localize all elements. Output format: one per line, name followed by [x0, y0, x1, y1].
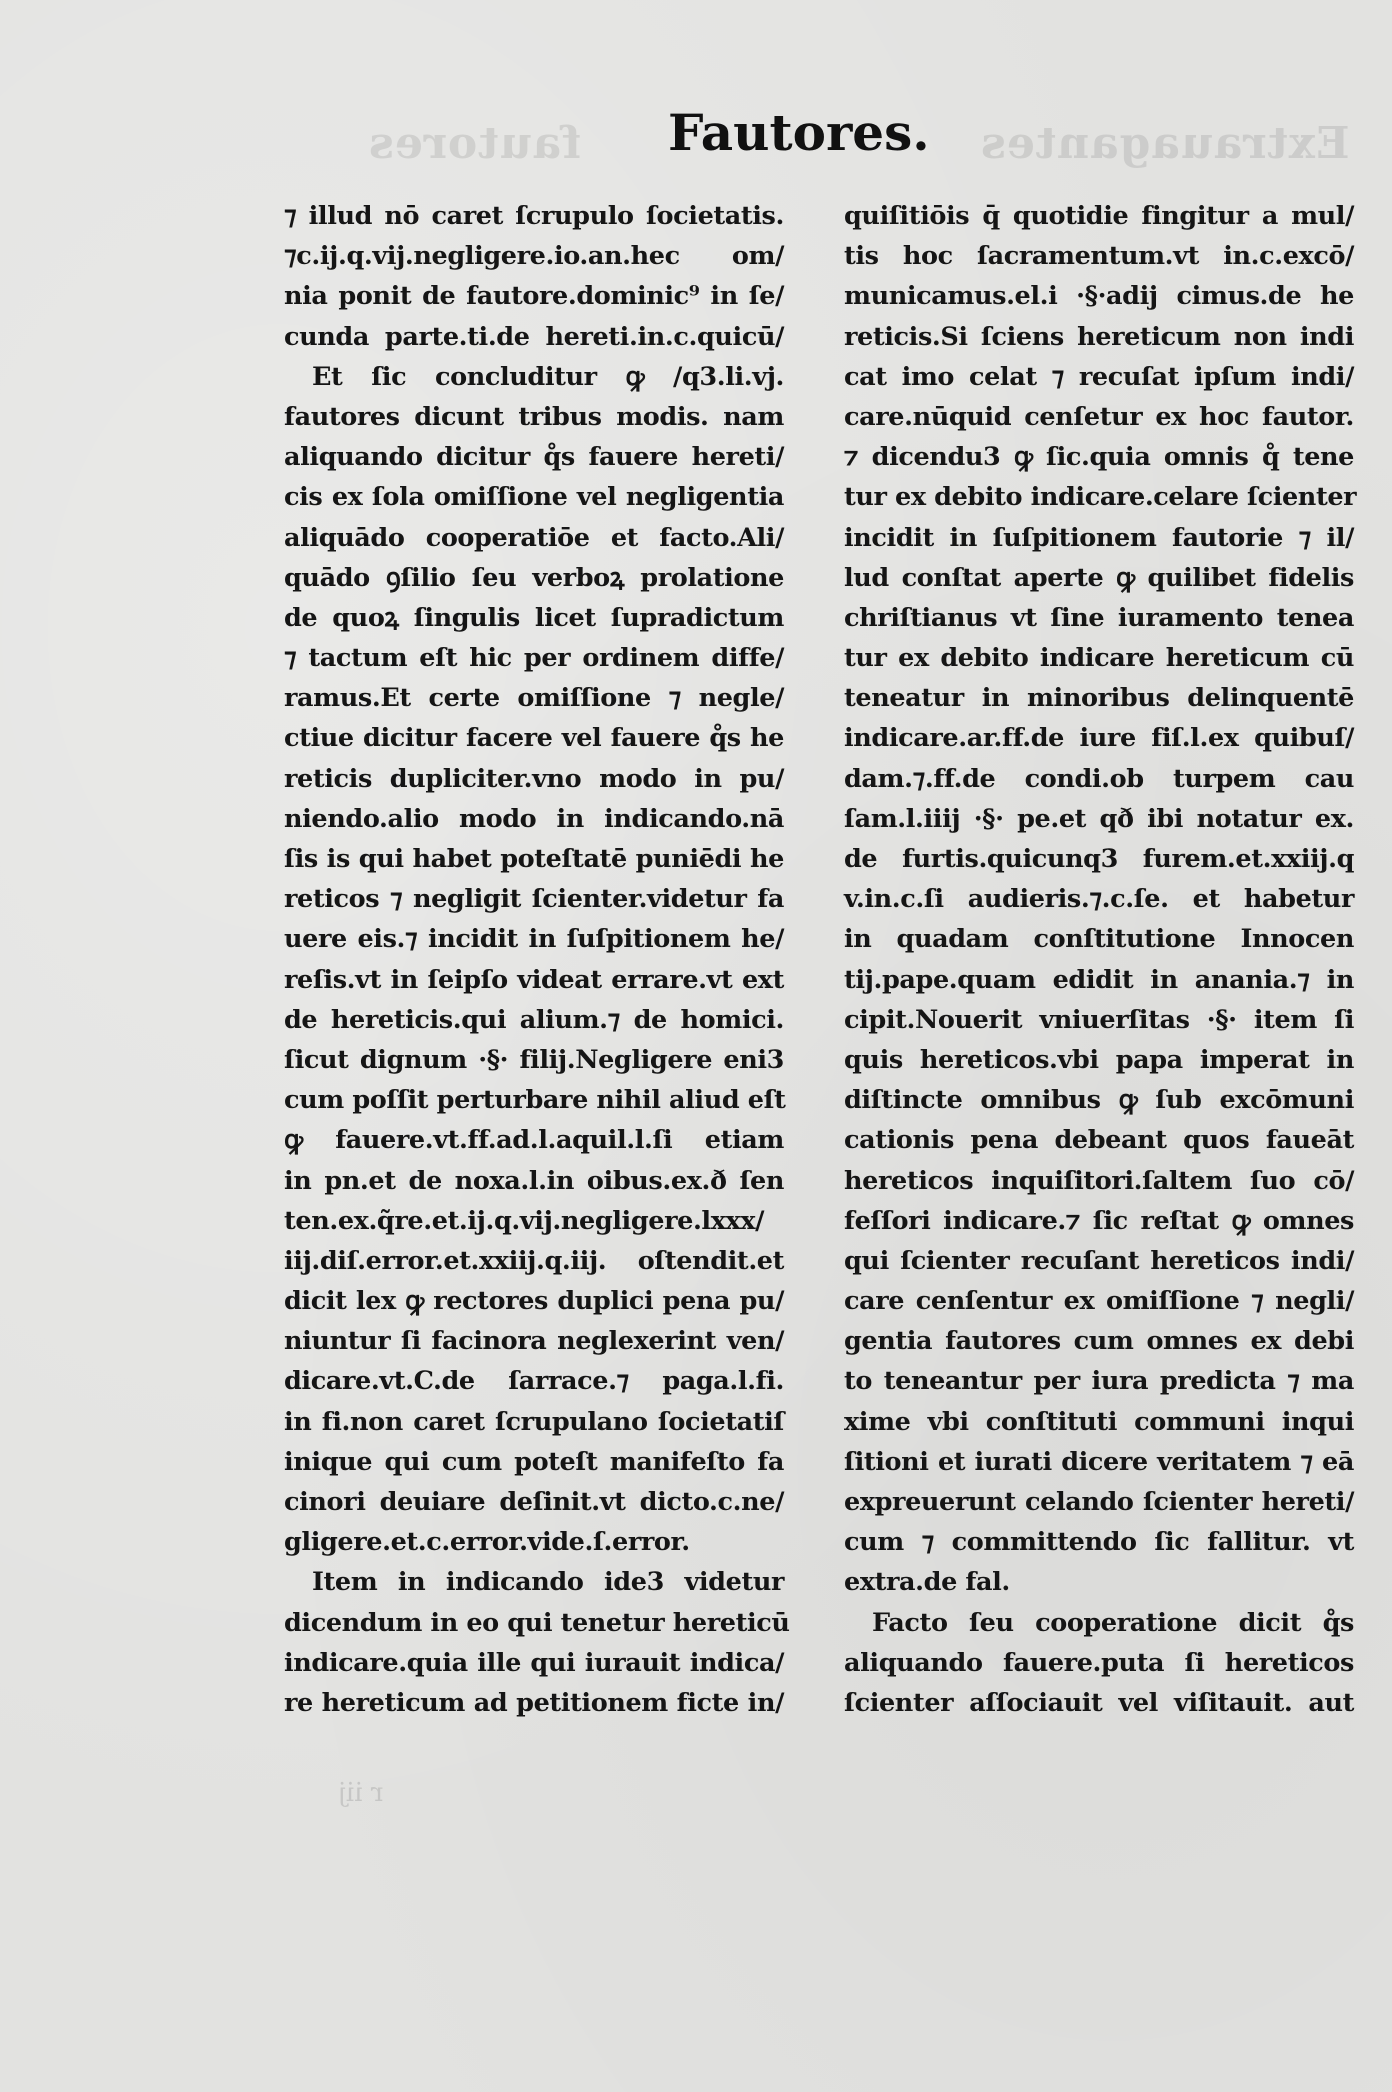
- text-line: in pn.et de noxa.l.in oibus.ex.ð ſen: [284, 1161, 784, 1201]
- text-line: lud conſtat aperte ꝙ quilibet fidelis: [844, 558, 1354, 598]
- text-line: de quoꝝ ſingulis licet ſupradictum: [284, 598, 784, 638]
- text-line: teneatur in minoribus delinquentē: [844, 678, 1354, 718]
- text-line: ſcienter aſſociauit vel viſitauit. aut: [844, 1683, 1354, 1723]
- text-line: reticos ⁊ negligit ſcienter.videtur fa: [284, 879, 784, 919]
- text-line: v.in.c.ſi audieris.⁊.c.ſe. et habetur: [844, 879, 1354, 919]
- text-line: ctiue dicitur facere vel fauere q̊s he: [284, 718, 784, 758]
- text-line: tis hoc ſacramentum.vt in.c.excō/: [844, 236, 1354, 276]
- text-line: dicit lex ꝙ rectores duplici pena pu/: [284, 1281, 784, 1321]
- text-line: ꝙ fauere.vt.ff.ad.l.aquil.l.ſi etiam: [284, 1120, 784, 1160]
- text-line: tur ex debito indicare.celare ſcienter: [844, 477, 1354, 517]
- text-line: in quadam conſtitutione Innocen: [844, 919, 1354, 959]
- text-line: dicare.vt.C.de ſarrace.⁊ paga.l.fi.: [284, 1361, 784, 1401]
- text-line: diſtincte omnibus ꝙ ſub excōmuni: [844, 1080, 1354, 1120]
- text-line: ⁊ tactum eſt hic per ordinem diffe/: [284, 638, 784, 678]
- text-line: in fi.non caret ſcrupulano ſocietatiſ: [284, 1402, 784, 1442]
- text-line: municamus.el.i ·§·adij cimus.de he: [844, 276, 1354, 316]
- bleed-through-right: Extrauagantes: [980, 118, 1350, 169]
- text-line: cinori deuiare deſinit.vt dicto.c.ne/: [284, 1482, 784, 1522]
- text-line: cum poſſit perturbare nihil aliud eſt: [284, 1080, 784, 1120]
- scanned-page: fautores Extrauagantes r iij Fautores. ⁊…: [0, 0, 1392, 2092]
- paragraph-end-line: extra.de fal.: [844, 1562, 1354, 1602]
- text-line: to teneantur per iura predicta ⁊ ma: [844, 1361, 1354, 1401]
- text-line: nia ponit de fautore.dominic⁹ in ſe/: [284, 276, 784, 316]
- text-line: expreuerunt celando ſcienter hereti/: [844, 1482, 1354, 1522]
- text-line: ramus.Et certe omiſſione ⁊ negle/: [284, 678, 784, 718]
- text-line: de hereticis.qui alium.⁊ de homici.: [284, 1000, 784, 1040]
- text-line: incidit in ſuſpitionem fautorie ⁊ il/: [844, 518, 1354, 558]
- text-line: chriſtianus vt ſine iuramento tenea: [844, 598, 1354, 638]
- text-line: gentia fautores cum omnes ex debi: [844, 1321, 1354, 1361]
- text-line: inique qui cum poteſt manifeſto fa: [284, 1442, 784, 1482]
- text-line: qui ſcienter recuſant hereticos indi/: [844, 1241, 1354, 1281]
- text-line: ⁊ illud nō caret ſcrupulo ſocietatis.: [284, 196, 784, 236]
- text-line: care cenſentur ex omiſſione ⁊ negli/: [844, 1281, 1354, 1321]
- left-text-column: ⁊ illud nō caret ſcrupulo ſocietatis. ⁊c…: [284, 196, 784, 1723]
- text-line: reſis.vt in ſeipſo videat errare.vt ext: [284, 960, 784, 1000]
- text-line: care.nūquid cenſetur ex hoc fautor.: [844, 397, 1354, 437]
- text-line: reticis dupliciter.vno modo in pu/: [284, 759, 784, 799]
- text-line: dicendum in eo qui tenetur hereticū: [284, 1603, 784, 1643]
- text-line: quiſitiōis q̄ quotidie fingitur a mul/: [844, 196, 1354, 236]
- text-line: cat imo celat ⁊ recuſat ipſum indi/: [844, 357, 1354, 397]
- running-head: Fautores.: [668, 108, 930, 158]
- text-line: indicare.ar.ff.de iure fiſ.l.ex quibuſ/: [844, 718, 1354, 758]
- bleed-through-signature: r iij: [338, 1778, 383, 1808]
- text-line: quādo ꝯſilio ſeu verboꝝ prolatione: [284, 558, 784, 598]
- text-line: xime vbi conſtituti communi inqui: [844, 1402, 1354, 1442]
- text-line: ſitioni et iurati dicere veritatem ⁊ eā: [844, 1442, 1354, 1482]
- text-line: indicare.quia ille qui iurauit indica/: [284, 1643, 784, 1683]
- paragraph-start-line: Facto ſeu cooperatione dicit q̊s: [844, 1603, 1354, 1643]
- text-line: ⁊ dicendu3 ꝙ ſic.quia omnis q̊ tene: [844, 437, 1354, 477]
- text-line: cis ex ſola omiſſione vel negligentia: [284, 477, 784, 517]
- text-line: reticis.Si ſciens hereticum non indi: [844, 317, 1354, 357]
- paragraph-start-line: Et ſic concluditur ꝙ /q3.li.vj.: [284, 357, 784, 397]
- text-line: niuntur ſi facinora neglexerint ven/: [284, 1321, 784, 1361]
- text-line: ſam.l.iiij ·§· pe.et qð ibi notatur ex.: [844, 799, 1354, 839]
- paragraph-end-line: gligere.et.c.error.vide.ſ.error.: [284, 1522, 784, 1562]
- bleed-through-left: fautores: [368, 118, 581, 169]
- text-line: tur ex debito indicare hereticum cū: [844, 638, 1354, 678]
- text-line: ten.ex.q̃re.et.ij.q.vij.negligere.lxxx/: [284, 1201, 784, 1241]
- text-line: de furtis.quicunq3 furem.et.xxiij.q: [844, 839, 1354, 879]
- text-line: dam.⁊.ff.de condi.ob turpem cau: [844, 759, 1354, 799]
- text-line: niendo.alio modo in indicando.nā: [284, 799, 784, 839]
- text-line: re hereticum ad petitionem ficte in/: [284, 1683, 784, 1723]
- text-line: uere eis.⁊ incidit in ſuſpitionem he/: [284, 919, 784, 959]
- paragraph-start-line: Item in indicando ide3 videtur: [284, 1562, 784, 1602]
- text-line: aliquādo cooperatiōe et facto.Ali/: [284, 518, 784, 558]
- text-line: cunda parte.ti.de hereti.in.c.quicū/: [284, 317, 784, 357]
- text-line: feſſori indicare.⁊ ſic reſtat ꝙ omnes: [844, 1201, 1354, 1241]
- text-line: tij.pape.quam edidit in anania.⁊ in: [844, 960, 1354, 1000]
- text-line: ⁊c.ij.q.vij.negligere.io.an.hec om/: [284, 236, 784, 276]
- text-line: aliquando dicitur q̊s fauere hereti/: [284, 437, 784, 477]
- text-line: ſis is qui habet poteſtatē puniēdi he: [284, 839, 784, 879]
- text-line: hereticos inquiſitori.ſaltem ſuo cō/: [844, 1161, 1354, 1201]
- text-line: iij.diſ.error.et.xxiij.q.iij. oſtendit.e…: [284, 1241, 784, 1281]
- text-line: cum ⁊ committendo ſic fallitur. vt: [844, 1522, 1354, 1562]
- right-text-column: quiſitiōis q̄ quotidie fingitur a mul/ t…: [844, 196, 1354, 1723]
- text-line: fautores dicunt tribus modis. nam: [284, 397, 784, 437]
- text-line: aliquando fauere.puta ſi hereticos: [844, 1643, 1354, 1683]
- text-line: ſicut dignum ·§· filij.Negligere eni3: [284, 1040, 784, 1080]
- text-line: quis hereticos.vbi papa imperat in: [844, 1040, 1354, 1080]
- text-line: cipit.Nouerit vniuerſitas ·§· item ſi: [844, 1000, 1354, 1040]
- text-line: cationis pena debeant quos faueāt: [844, 1120, 1354, 1160]
